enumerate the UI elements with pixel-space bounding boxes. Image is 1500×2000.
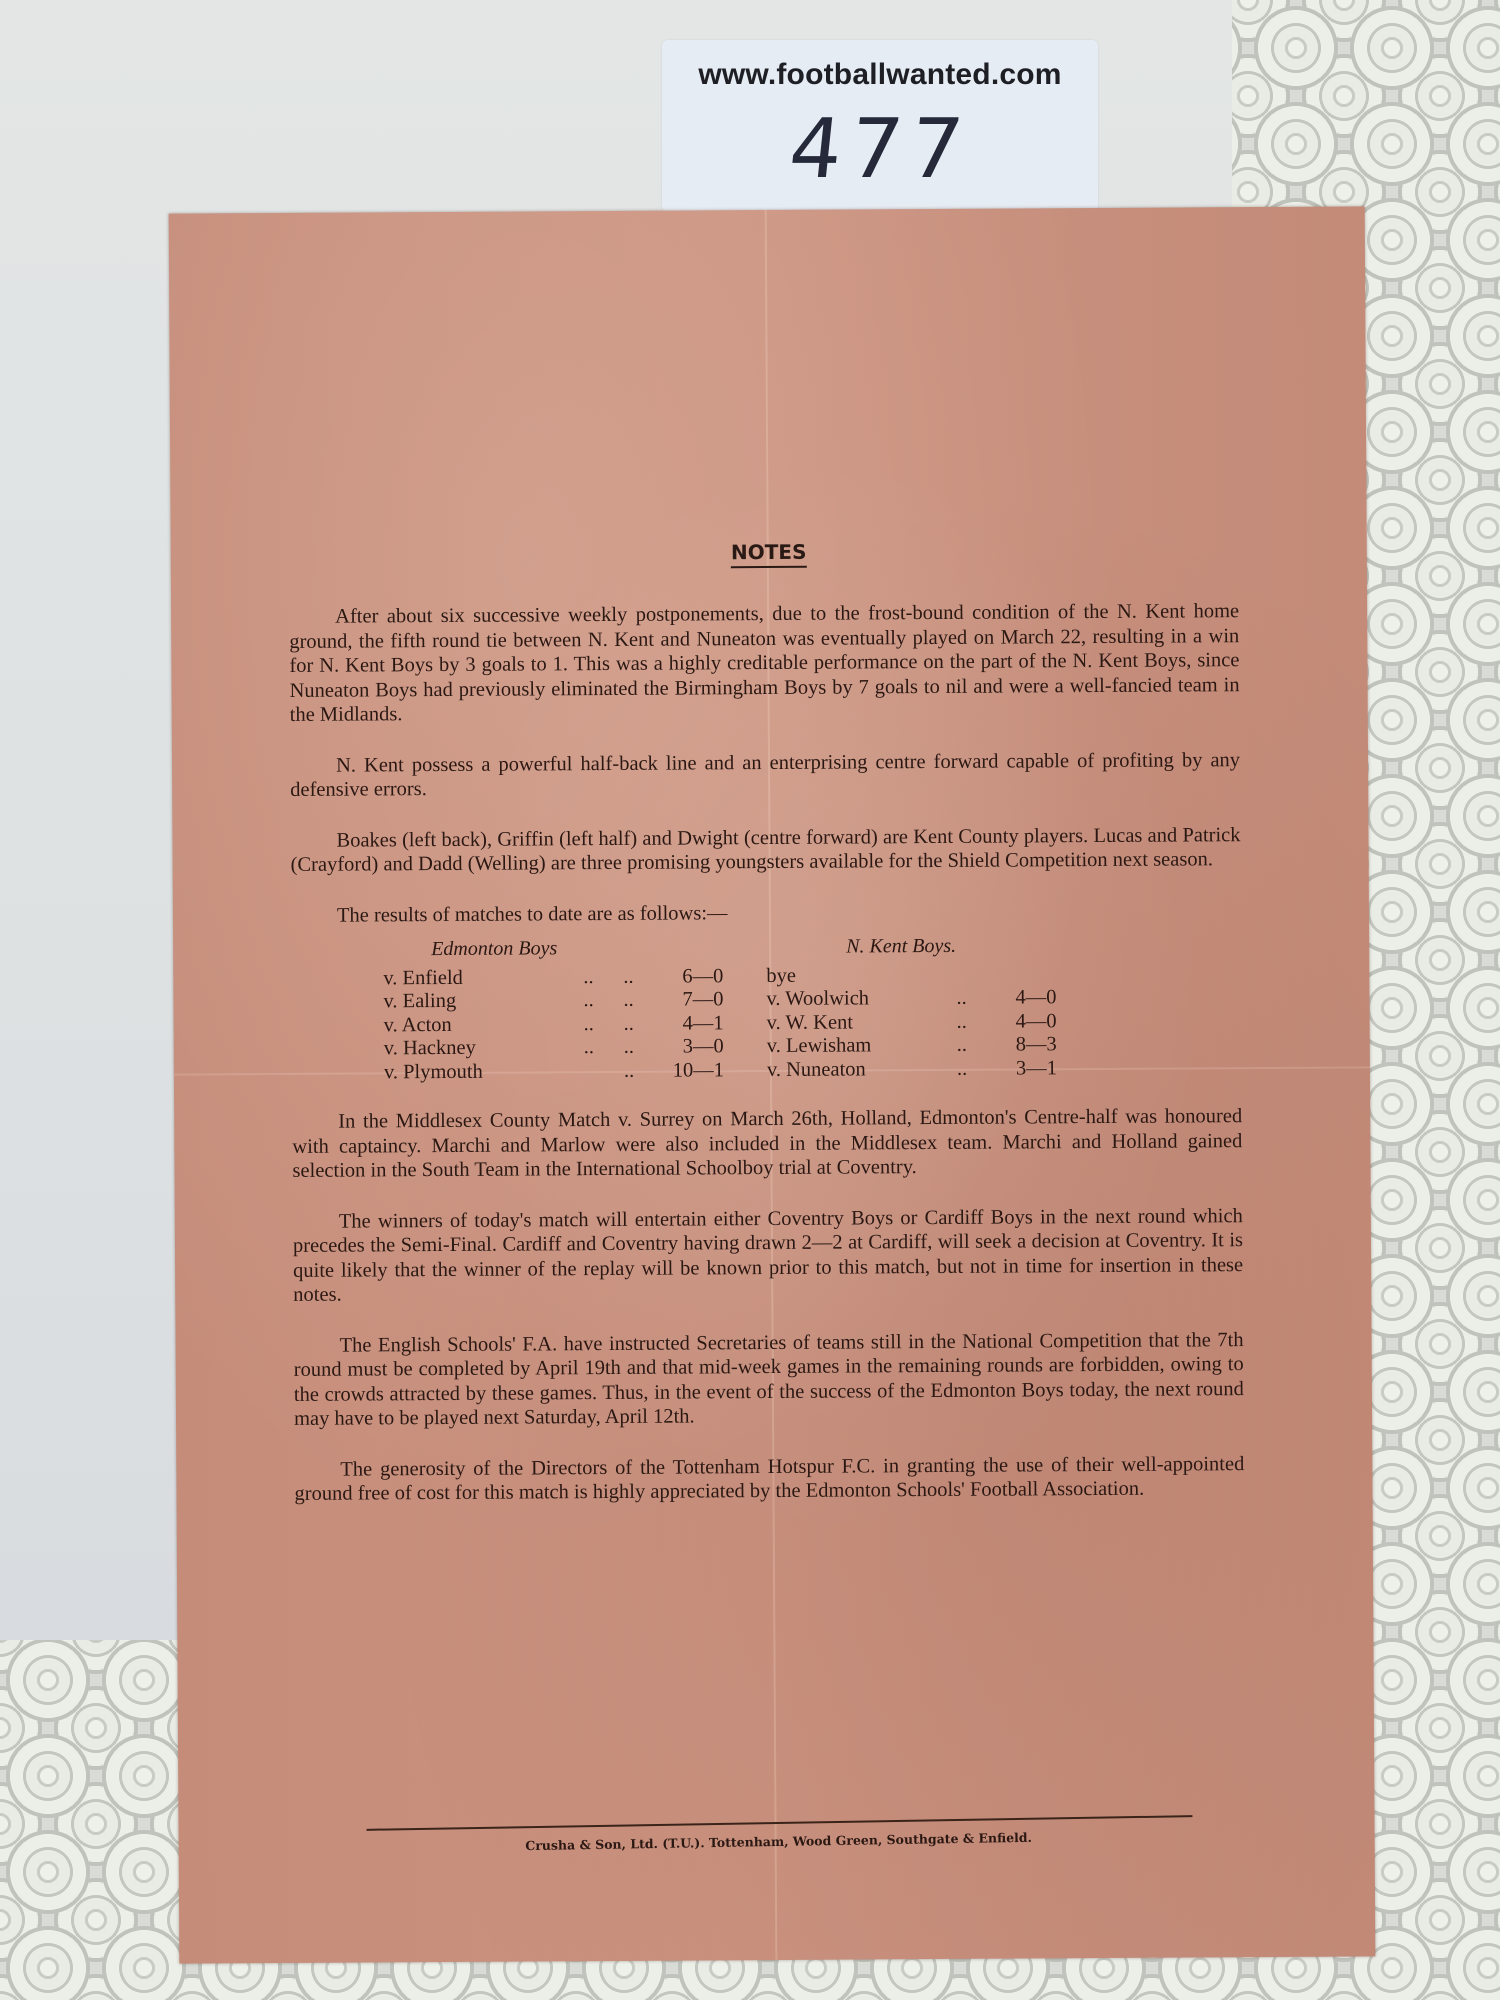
leader-dots: .. xyxy=(584,1035,624,1059)
paragraph: After about six successive weekly postpo… xyxy=(289,599,1240,727)
paragraph: The generosity of the Directors of the T… xyxy=(294,1452,1244,1507)
leader-dots: .. xyxy=(957,1056,997,1080)
result-row: bye xyxy=(766,961,1241,987)
result-row: v. Nuneaton..3—1 xyxy=(767,1055,1242,1081)
leader-dots: .. xyxy=(624,1035,664,1059)
result-row: v. Hackney....3—0 xyxy=(292,1034,767,1060)
score: 6—0 xyxy=(663,964,723,988)
result-row: v. Plymouth..10—1 xyxy=(292,1058,767,1084)
score: 7—0 xyxy=(663,987,723,1011)
leader-dots xyxy=(584,1058,624,1082)
paragraph: The English Schools' F.A. have instructe… xyxy=(294,1328,1245,1432)
opponent: v. Lewisham xyxy=(767,1033,957,1058)
label-item-number: 477 xyxy=(657,102,1103,197)
result-row: v. Enfield....6—0 xyxy=(291,964,766,990)
opponent: v. Enfield xyxy=(383,965,583,990)
opponent: v. Ealing xyxy=(383,988,583,1013)
result-row: v. Ealing....7—0 xyxy=(291,987,766,1013)
programme-page: NOTES After about six successive weekly … xyxy=(169,206,1376,1963)
leader-dots: .. xyxy=(583,988,623,1012)
leader-dots: .. xyxy=(624,1058,664,1082)
result-row: v. Woolwich..4—0 xyxy=(766,984,1241,1010)
leader-dots: .. xyxy=(957,1009,997,1033)
opponent: v. Plymouth xyxy=(384,1059,584,1084)
leader-dots: .. xyxy=(624,1011,664,1035)
printer-imprint: Crusha & Son, Ltd. (T.U.). Tottenham, Wo… xyxy=(429,1828,1129,1855)
edmonton-results: Edmonton Boys v. Enfield....6—0v. Ealing… xyxy=(291,935,767,1084)
score: 4—1 xyxy=(664,1011,724,1035)
leader-dots xyxy=(956,962,996,986)
opponent: v. Nuneaton xyxy=(767,1056,957,1081)
score: 3—1 xyxy=(997,1056,1057,1080)
page-title: NOTES xyxy=(171,536,1367,567)
score: 4—0 xyxy=(997,1009,1057,1033)
dealer-label: www.footballwanted.com 477 xyxy=(662,40,1098,212)
paragraph: Boakes (left back), Griffin (left half) … xyxy=(290,823,1240,878)
score: 4—0 xyxy=(996,985,1056,1009)
leader-dots: .. xyxy=(957,1033,997,1057)
result-row: v. Acton....4—1 xyxy=(292,1011,767,1037)
leader-dots: .. xyxy=(623,988,663,1012)
leader-dots: .. xyxy=(584,1011,624,1035)
opponent: v. Hackney xyxy=(384,1035,584,1060)
result-row: v. Lewisham..8—3 xyxy=(767,1031,1242,1057)
opponent: bye xyxy=(766,962,956,987)
results-intro: The results of matches to date are as fo… xyxy=(291,898,1241,928)
score: 3—0 xyxy=(664,1034,724,1058)
opponent: v. Woolwich xyxy=(766,986,956,1011)
result-row: v. W. Kent..4—0 xyxy=(767,1008,1242,1034)
opponent: v. Acton xyxy=(384,1012,584,1037)
leader-dots: .. xyxy=(583,964,623,988)
notes-body: After about six successive weekly postpo… xyxy=(289,599,1245,1532)
paragraph: In the Middlesex County Match v. Surrey … xyxy=(292,1104,1242,1183)
results-table: Edmonton Boys v. Enfield....6—0v. Ealing… xyxy=(291,932,1242,1084)
paragraph: The winners of today's match will entert… xyxy=(293,1204,1244,1308)
score xyxy=(996,962,1056,986)
column-title: Edmonton Boys xyxy=(291,935,766,962)
column-title: N. Kent Boys. xyxy=(766,932,1241,959)
leader-dots: .. xyxy=(623,964,663,988)
leader-dots: .. xyxy=(956,986,996,1010)
score: 8—3 xyxy=(997,1032,1057,1056)
paragraph: N. Kent possess a powerful half-back lin… xyxy=(290,748,1240,803)
label-url: www.footballwanted.com xyxy=(662,58,1098,92)
opponent: v. W. Kent xyxy=(767,1009,957,1034)
n-kent-results: N. Kent Boys. byev. Woolwich..4—0v. W. K… xyxy=(766,932,1242,1081)
score: 10—1 xyxy=(664,1058,724,1082)
